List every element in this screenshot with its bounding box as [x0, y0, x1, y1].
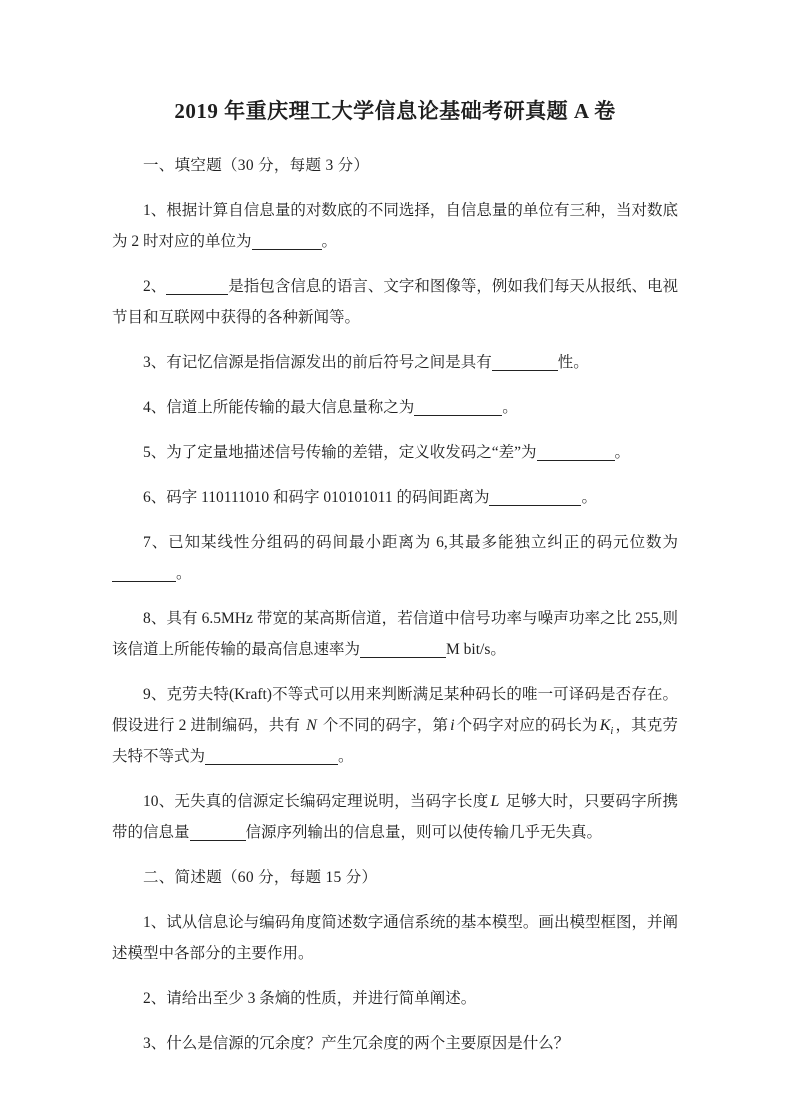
fill-in-blank	[112, 564, 176, 582]
math-symbol: L	[488, 793, 501, 810]
fill-in-blank	[414, 398, 502, 416]
question-text: 4、信道上所能传输的最大信息量称之为	[143, 399, 414, 416]
question-text: 个码字对应的码长为	[457, 717, 598, 734]
question-text: 5、为了定量地描述信号传输的差错，定义收发码之“差”为	[143, 444, 537, 461]
fill-in-blank	[489, 488, 581, 506]
fill-in-blank	[252, 232, 322, 250]
question-1-6: 6、码字 110111010 和码字 010101011 的码间距离为。	[112, 482, 678, 513]
math-symbol: i	[448, 717, 456, 734]
question-text: 2、请给出至少 3 条熵的性质，并进行简单阐述。	[143, 990, 476, 1007]
question-text: 。	[322, 233, 338, 250]
question-text: 2、	[143, 278, 166, 295]
question-1-3: 3、有记忆信源是指信源发出的前后符号之间是具有性。	[112, 347, 678, 378]
math-symbol: N	[304, 717, 319, 734]
question-text: 6、码字 110111010 和码字 010101011 的码间距离为	[143, 489, 489, 506]
fill-in-blank	[537, 443, 615, 461]
question-text: 。	[615, 444, 631, 461]
question-text: 3、有记忆信源是指信源发出的前后符号之间是具有	[143, 354, 492, 371]
question-1-2: 2、是指包含信息的语言、文字和图像等，例如我们每天从报纸、电视节目和互联网中获得…	[112, 271, 678, 333]
question-1-8: 8、具有 6.5MHz 带宽的某高斯信道，若信道中信号功率与噪声功率之比 255…	[112, 603, 678, 665]
question-text: 性。	[558, 354, 589, 371]
question-text: 7、已知某线性分组码的码间最小距离为 6,其最多能独立纠正的码元位数为	[143, 534, 678, 551]
question-text: 10、无失真的信源定长编码定理说明，当码字长度	[143, 793, 488, 810]
fill-in-blank	[166, 277, 228, 295]
document-page: 2019 年重庆理工大学信息论基础考研真题 A 卷 一、填空题（30 分，每题 …	[0, 0, 790, 1118]
fill-in-blank	[360, 640, 446, 658]
question-text: 3、什么是信源的冗余度？产生冗余度的两个主要原因是什么？	[143, 1035, 569, 1052]
math-symbol: Ki	[598, 717, 616, 734]
question-text: 。	[502, 399, 518, 416]
page-title: 2019 年重庆理工大学信息论基础考研真题 A 卷	[112, 96, 678, 126]
question-text: M bit/s。	[446, 641, 506, 658]
section-heading-2: 二、简述题（60 分，每题 15 分）	[112, 862, 678, 893]
question-text: 。	[176, 565, 192, 582]
question-text: 信源序列输出的信息量，则可以使传输几乎无失真。	[246, 824, 603, 841]
question-2-3: 3、什么是信源的冗余度？产生冗余度的两个主要原因是什么？	[112, 1028, 678, 1059]
question-text: 个不同的码字，第	[319, 717, 448, 734]
question-2-2: 2、请给出至少 3 条熵的性质，并进行简单阐述。	[112, 983, 678, 1014]
question-text: 。	[581, 489, 597, 506]
fill-in-blank	[190, 823, 246, 841]
exam-content: 一、填空题（30 分，每题 3 分）1、根据计算自信息量的对数底的不同选择，自信…	[112, 150, 678, 1059]
fill-in-blank	[205, 747, 338, 765]
question-1-10: 10、无失真的信源定长编码定理说明，当码字长度L 足够大时，只要码字所携带的信息…	[112, 786, 678, 848]
question-text: 。	[338, 748, 354, 765]
question-2-1: 1、试从信息论与编码角度简述数字通信系统的基本模型。画出模型框图，并阐述模型中各…	[112, 907, 678, 969]
question-text: 1、试从信息论与编码角度简述数字通信系统的基本模型。画出模型框图，并阐述模型中各…	[112, 914, 678, 962]
fill-in-blank	[492, 353, 558, 371]
section-heading-1: 一、填空题（30 分，每题 3 分）	[112, 150, 678, 181]
question-1-7: 7、已知某线性分组码的码间最小距离为 6,其最多能独立纠正的码元位数为。	[112, 527, 678, 589]
question-1-1: 1、根据计算自信息量的对数底的不同选择，自信息量的单位有三种，当对数底为 2 时…	[112, 195, 678, 257]
question-1-5: 5、为了定量地描述信号传输的差错，定义收发码之“差”为。	[112, 437, 678, 468]
question-text: 1、根据计算自信息量的对数底的不同选择，自信息量的单位有三种，当对数底为 2 时…	[112, 202, 678, 250]
question-1-4: 4、信道上所能传输的最大信息量称之为。	[112, 392, 678, 423]
question-1-9: 9、克劳夫特(Kraft)不等式可以用来判断满足某种码长的唯一可译码是否存在。假…	[112, 679, 678, 772]
